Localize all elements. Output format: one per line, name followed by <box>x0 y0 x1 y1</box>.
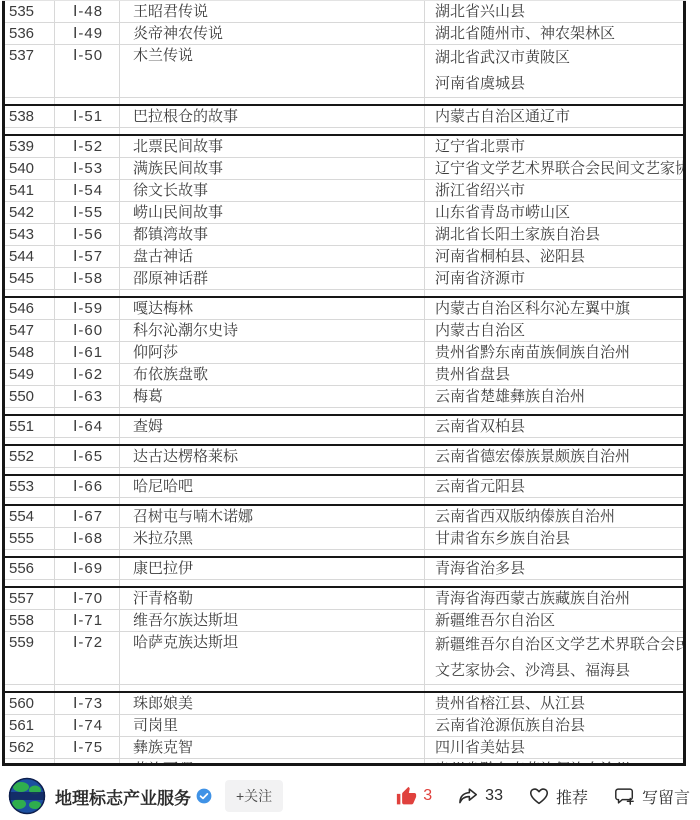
cell-code: Ⅰ-56 <box>55 224 120 245</box>
spacer-cell <box>5 438 55 444</box>
cell-seq: 546 <box>5 298 55 319</box>
spacer-cell <box>120 468 425 474</box>
cell-name: 嘎达梅林 <box>120 298 425 319</box>
cell-code: Ⅰ-76 <box>55 759 120 766</box>
cell-code: Ⅰ-72 <box>55 632 120 684</box>
cell-location: 云南省双柏县 <box>425 416 683 437</box>
cell-seq: 539 <box>5 136 55 157</box>
cell-name: 巴拉根仓的故事 <box>120 106 425 127</box>
cell-location: 青海省海西蒙古族藏族自治州 <box>425 588 683 609</box>
cell-location: 贵州省榕江县、从江县 <box>425 693 683 714</box>
location-line: 新疆维吾尔自治区文学艺术界联合会民间 <box>435 632 681 658</box>
cell-location: 贵州省黔东南苗族侗族自治州 <box>425 342 683 363</box>
table-row: 541Ⅰ-54徐文长故事浙江省绍兴市 <box>5 180 683 202</box>
location-line: 湖北省长阳土家族自治县 <box>435 224 681 245</box>
spacer-cell <box>120 498 425 504</box>
spacer-cell <box>5 550 55 556</box>
cell-name: 科尔沁潮尔史诗 <box>120 320 425 341</box>
cell-location: 山东省青岛市崂山区 <box>425 202 683 223</box>
table-row: 547Ⅰ-60科尔沁潮尔史诗内蒙古自治区 <box>5 320 683 342</box>
location-line: 辽宁省北票市 <box>435 136 681 157</box>
table-row: 560Ⅰ-73珠郎娘美贵州省榕江县、从江县 <box>5 693 683 715</box>
cell-location: 新疆维吾尔自治区文学艺术界联合会民间文艺家协会、沙湾县、福海县 <box>425 632 683 684</box>
table-segment: 553Ⅰ-66哈尼哈吧云南省元阳县 <box>2 476 686 506</box>
spacer-cell <box>120 580 425 586</box>
location-line: 云南省西双版纳傣族自治州 <box>435 506 681 527</box>
location-line: 贵州省盘县 <box>435 364 681 385</box>
spacer-cell <box>55 498 120 504</box>
spacer-cell <box>120 685 425 691</box>
location-line: 贵州省榕江县、从江县 <box>435 693 681 714</box>
comment-plus-icon <box>613 785 636 807</box>
cell-code: Ⅰ-51 <box>55 106 120 127</box>
cell-name: 都镇湾故事 <box>120 224 425 245</box>
spacer-cell <box>55 98 120 104</box>
cell-name: 查姆 <box>120 416 425 437</box>
table-segment: 552Ⅰ-65达古达楞格莱标云南省德宏傣族景颇族自治州 <box>2 446 686 476</box>
cell-location: 湖北省长阳土家族自治县 <box>425 224 683 245</box>
cell-seq: 552 <box>5 446 55 467</box>
like-button[interactable]: 3 <box>396 786 432 807</box>
cell-seq: 537 <box>5 45 55 97</box>
spacer-cell <box>55 128 120 134</box>
table-row: 544Ⅰ-57盘古神话河南省桐柏县、泌阳县 <box>5 246 683 268</box>
segment-spacer <box>5 498 683 504</box>
spacer-cell <box>5 98 55 104</box>
cell-seq: 559 <box>5 632 55 684</box>
spacer-cell <box>5 685 55 691</box>
table-row: 552Ⅰ-65达古达楞格莱标云南省德宏傣族景颇族自治州 <box>5 446 683 468</box>
spacer-cell <box>5 468 55 474</box>
comment-label: 写留言 <box>642 785 690 808</box>
spacer-cell <box>5 128 55 134</box>
spacer-cell <box>5 580 55 586</box>
table-segment: 557Ⅰ-70汗青格勒青海省海西蒙古族藏族自治州558Ⅰ-71维吾尔族达斯坦新疆… <box>2 588 686 693</box>
cell-name: 珠郎娘美 <box>120 693 425 714</box>
cell-seq: 557 <box>5 588 55 609</box>
table-row: 558Ⅰ-71维吾尔族达斯坦新疆维吾尔自治区 <box>5 610 683 632</box>
cell-name: 哈尼哈吧 <box>120 476 425 497</box>
cell-location: 贵州省黔东南苗族侗族自治州 <box>425 759 683 766</box>
segment-spacer <box>5 468 683 474</box>
cell-seq: 548 <box>5 342 55 363</box>
cell-name: 梅葛 <box>120 386 425 407</box>
cell-seq: 556 <box>5 558 55 579</box>
segment-spacer <box>5 290 683 296</box>
cell-seq: 542 <box>5 202 55 223</box>
table-row: 537Ⅰ-50木兰传说湖北省武汉市黄陂区河南省虞城县 <box>5 45 683 98</box>
recommend-label: 推荐 <box>556 785 588 808</box>
cell-name: 北票民间故事 <box>120 136 425 157</box>
spacer-cell <box>55 580 120 586</box>
cell-location: 湖北省兴山县 <box>425 1 683 22</box>
cell-seq: 553 <box>5 476 55 497</box>
cell-code: Ⅰ-54 <box>55 180 120 201</box>
table-row: 562Ⅰ-75彝族克智四川省美姑县 <box>5 737 683 759</box>
cell-location: 内蒙古自治区通辽市 <box>425 106 683 127</box>
cell-name: 邵原神话群 <box>120 268 425 289</box>
table-row: 559Ⅰ-72哈萨克族达斯坦新疆维吾尔自治区文学艺术界联合会民间文艺家协会、沙湾… <box>5 632 683 685</box>
cell-location: 辽宁省北票市 <box>425 136 683 157</box>
cell-seq: 558 <box>5 610 55 631</box>
table-row: 550Ⅰ-63梅葛云南省楚雄彝族自治州 <box>5 386 683 408</box>
cell-name: 仰阿莎 <box>120 342 425 363</box>
table-row: 540Ⅰ-53满族民间故事辽宁省文学艺术界联合会民间文艺家协会 <box>5 158 683 180</box>
share-arrow-icon <box>457 785 479 807</box>
publisher-area: 地理标志产业服务 +关注 <box>8 777 283 815</box>
spacer-cell <box>120 128 425 134</box>
spacer-cell <box>425 408 683 414</box>
cell-location: 云南省德宏傣族景颇族自治州 <box>425 446 683 467</box>
spacer-cell <box>425 580 683 586</box>
follow-button[interactable]: +关注 <box>225 780 283 812</box>
cell-seq: 536 <box>5 23 55 44</box>
table-row: 553Ⅰ-66哈尼哈吧云南省元阳县 <box>5 476 683 498</box>
cell-location: 浙江省绍兴市 <box>425 180 683 201</box>
cell-seq: 555 <box>5 528 55 549</box>
cell-seq: 543 <box>5 224 55 245</box>
cell-name: 维吾尔族达斯坦 <box>120 610 425 631</box>
cell-name: 布依族盘歌 <box>120 364 425 385</box>
location-line: 湖北省随州市、神农架林区 <box>435 23 681 44</box>
location-line: 河南省桐柏县、泌阳县 <box>435 246 681 267</box>
spacer-cell <box>425 498 683 504</box>
table-row: 556Ⅰ-69康巴拉伊青海省治多县 <box>5 558 683 580</box>
cell-name: 达古达楞格莱标 <box>120 446 425 467</box>
spacer-cell <box>55 550 120 556</box>
location-line: 辽宁省文学艺术界联合会民间文艺家协会 <box>435 158 681 179</box>
cell-code: Ⅰ-64 <box>55 416 120 437</box>
cell-seq: 545 <box>5 268 55 289</box>
table-row: 555Ⅰ-68米拉尕黑甘肃省东乡族自治县 <box>5 528 683 550</box>
cell-location: 云南省元阳县 <box>425 476 683 497</box>
like-count: 3 <box>423 787 432 805</box>
table-segment: 539Ⅰ-52北票民间故事辽宁省北票市540Ⅰ-53满族民间故事辽宁省文学艺术界… <box>2 136 686 298</box>
cell-name: 徐文长故事 <box>120 180 425 201</box>
cell-location: 河南省桐柏县、泌阳县 <box>425 246 683 267</box>
table-row: 551Ⅰ-64查姆云南省双柏县 <box>5 416 683 438</box>
location-line: 云南省楚雄彝族自治州 <box>435 386 681 407</box>
spacer-cell <box>120 550 425 556</box>
spacer-cell <box>120 438 425 444</box>
table-row: 557Ⅰ-70汗青格勒青海省海西蒙古族藏族自治州 <box>5 588 683 610</box>
cell-location: 河南省济源市 <box>425 268 683 289</box>
location-line: 浙江省绍兴市 <box>435 180 681 201</box>
share-button[interactable]: 33 <box>457 785 503 807</box>
location-line: 文艺家协会、沙湾县、福海县 <box>435 658 681 684</box>
table-row: 543Ⅰ-56都镇湾故事湖北省长阳土家族自治县 <box>5 224 683 246</box>
location-line: 云南省沧源佤族自治县 <box>435 715 681 736</box>
cell-code: Ⅰ-65 <box>55 446 120 467</box>
table-segment: 556Ⅰ-69康巴拉伊青海省治多县 <box>2 558 686 588</box>
cell-name: 王昭君传说 <box>120 1 425 22</box>
table-segment: 546Ⅰ-59嘎达梅林内蒙古自治区科尔沁左翼中旗547Ⅰ-60科尔沁潮尔史诗内蒙… <box>2 298 686 416</box>
location-line: 贵州省黔东南苗族侗族自治州 <box>435 342 681 363</box>
cell-location: 贵州省盘县 <box>425 364 683 385</box>
cell-code: Ⅰ-62 <box>55 364 120 385</box>
cell-seq: 550 <box>5 386 55 407</box>
cell-code: Ⅰ-48 <box>55 1 120 22</box>
cell-name: 崂山民间故事 <box>120 202 425 223</box>
cell-code: Ⅰ-58 <box>55 268 120 289</box>
thumb-up-icon <box>396 786 417 807</box>
cell-seq: 554 <box>5 506 55 527</box>
footer-bar: 地理标志产业服务 +关注 3 33 <box>0 774 700 818</box>
cell-code: Ⅰ-69 <box>55 558 120 579</box>
segment-spacer <box>5 580 683 586</box>
table-row: 554Ⅰ-67召树屯与喃木诺娜云南省西双版纳傣族自治州 <box>5 506 683 528</box>
cell-name: 彝族克智 <box>120 737 425 758</box>
spacer-cell <box>55 408 120 414</box>
location-line: 贵州省黔东南苗族侗族自治州 <box>435 759 681 766</box>
spacer-cell <box>5 498 55 504</box>
table-row: 539Ⅰ-52北票民间故事辽宁省北票市 <box>5 136 683 158</box>
cell-name: 汗青格勒 <box>120 588 425 609</box>
cell-location: 云南省楚雄彝族自治州 <box>425 386 683 407</box>
cell-seq: 538 <box>5 106 55 127</box>
spacer-cell <box>55 438 120 444</box>
cell-seq: 562 <box>5 737 55 758</box>
verified-badge-icon <box>196 788 212 804</box>
segment-spacer <box>5 438 683 444</box>
cell-seq: 549 <box>5 364 55 385</box>
location-line: 河南省虞城县 <box>435 71 681 97</box>
spacer-cell <box>55 685 120 691</box>
actions-area: 3 33 推荐 写留言 <box>396 785 690 808</box>
location-line: 四川省美姑县 <box>435 737 681 758</box>
cell-name: 炎帝神农传说 <box>120 23 425 44</box>
location-line: 云南省元阳县 <box>435 476 681 497</box>
globe-avatar[interactable] <box>8 777 46 815</box>
cell-seq: 551 <box>5 416 55 437</box>
cell-code: Ⅰ-63 <box>55 386 120 407</box>
cell-name: 米拉尕黑 <box>120 528 425 549</box>
spacer-cell <box>5 290 55 296</box>
cell-code: Ⅰ-67 <box>55 506 120 527</box>
location-line: 新疆维吾尔自治区 <box>435 610 681 631</box>
table-row: 535Ⅰ-48王昭君传说湖北省兴山县 <box>5 1 683 23</box>
table-segment: 560Ⅰ-73珠郎娘美贵州省榕江县、从江县561Ⅰ-74司岗里云南省沧源佤族自治… <box>2 693 686 766</box>
spacer-cell <box>425 290 683 296</box>
cell-location: 内蒙古自治区科尔沁左翼中旗 <box>425 298 683 319</box>
spacer-cell <box>5 408 55 414</box>
cell-location: 四川省美姑县 <box>425 737 683 758</box>
cell-name: 木兰传说 <box>120 45 425 97</box>
cell-code: Ⅰ-71 <box>55 610 120 631</box>
cell-code: Ⅰ-55 <box>55 202 120 223</box>
comment-button[interactable]: 写留言 <box>613 785 690 808</box>
location-line: 湖北省武汉市黄陂区 <box>435 45 681 71</box>
cell-location: 湖北省随州市、神农架林区 <box>425 23 683 44</box>
spacer-cell <box>120 98 425 104</box>
cell-location: 云南省西双版纳傣族自治州 <box>425 506 683 527</box>
table-row: 546Ⅰ-59嘎达梅林内蒙古自治区科尔沁左翼中旗 <box>5 298 683 320</box>
cell-name: 哈萨克族达斯坦 <box>120 632 425 684</box>
cell-code: Ⅰ-49 <box>55 23 120 44</box>
spacer-cell <box>55 290 120 296</box>
table-row: 542Ⅰ-55崂山民间故事山东省青岛市崂山区 <box>5 202 683 224</box>
spacer-cell <box>425 685 683 691</box>
table-segment: 538Ⅰ-51巴拉根仓的故事内蒙古自治区通辽市 <box>2 106 686 136</box>
cell-code: Ⅰ-52 <box>55 136 120 157</box>
table-segment: 535Ⅰ-48王昭君传说湖北省兴山县536Ⅰ-49炎帝神农传说湖北省随州市、神农… <box>2 1 686 106</box>
location-line: 云南省德宏傣族景颇族自治州 <box>435 446 681 467</box>
cell-seq: 560 <box>5 693 55 714</box>
spacer-cell <box>425 128 683 134</box>
cell-name: 满族民间故事 <box>120 158 425 179</box>
location-line: 湖北省兴山县 <box>435 1 681 22</box>
cell-code: Ⅰ-59 <box>55 298 120 319</box>
cell-name: 召树屯与喃木诺娜 <box>120 506 425 527</box>
cell-location: 内蒙古自治区 <box>425 320 683 341</box>
cell-seq: 535 <box>5 1 55 22</box>
location-line: 内蒙古自治区通辽市 <box>435 106 681 127</box>
cell-location: 湖北省武汉市黄陂区河南省虞城县 <box>425 45 683 97</box>
cell-name: 盘古神话 <box>120 246 425 267</box>
heart-icon <box>528 785 550 807</box>
location-line: 内蒙古自治区 <box>435 320 681 341</box>
cell-location: 新疆维吾尔自治区 <box>425 610 683 631</box>
table-row: 548Ⅰ-61仰阿莎贵州省黔东南苗族侗族自治州 <box>5 342 683 364</box>
cell-code: Ⅰ-68 <box>55 528 120 549</box>
cell-seq: 544 <box>5 246 55 267</box>
table-row: 549Ⅰ-62布依族盘歌贵州省盘县 <box>5 364 683 386</box>
cell-location: 甘肃省东乡族自治县 <box>425 528 683 549</box>
spacer-cell <box>425 98 683 104</box>
spacer-cell <box>120 408 425 414</box>
table-row: 561Ⅰ-74司岗里云南省沧源佤族自治县 <box>5 715 683 737</box>
cell-seq: 540 <box>5 158 55 179</box>
cell-code: Ⅰ-73 <box>55 693 120 714</box>
publisher-name[interactable]: 地理标志产业服务 <box>55 784 191 809</box>
location-line: 甘肃省东乡族自治县 <box>435 528 681 549</box>
spacer-cell <box>120 290 425 296</box>
spacer-cell <box>425 468 683 474</box>
recommend-button[interactable]: 推荐 <box>528 785 588 808</box>
cell-code: Ⅰ-57 <box>55 246 120 267</box>
location-line: 青海省治多县 <box>435 558 681 579</box>
cell-seq: 541 <box>5 180 55 201</box>
location-line: 河南省济源市 <box>435 268 681 289</box>
table-row: 563Ⅰ-76苗族贾理贵州省黔东南苗族侗族自治州 <box>5 759 683 766</box>
segment-spacer <box>5 685 683 691</box>
segment-spacer <box>5 98 683 104</box>
table-segment: 551Ⅰ-64查姆云南省双柏县 <box>2 416 686 446</box>
segment-spacer <box>5 550 683 556</box>
table-row: 536Ⅰ-49炎帝神农传说湖北省随州市、神农架林区 <box>5 23 683 45</box>
cell-seq: 561 <box>5 715 55 736</box>
cell-code: Ⅰ-53 <box>55 158 120 179</box>
cell-code: Ⅰ-74 <box>55 715 120 736</box>
cell-seq: 563 <box>5 759 55 766</box>
cell-location: 辽宁省文学艺术界联合会民间文艺家协会 <box>425 158 683 179</box>
table-segment: 554Ⅰ-67召树屯与喃木诺娜云南省西双版纳傣族自治州555Ⅰ-68米拉尕黑甘肃… <box>2 506 686 558</box>
cell-code: Ⅰ-50 <box>55 45 120 97</box>
segment-spacer <box>5 408 683 414</box>
cell-name: 司岗里 <box>120 715 425 736</box>
cell-location: 青海省治多县 <box>425 558 683 579</box>
segment-spacer <box>5 128 683 134</box>
cell-seq: 547 <box>5 320 55 341</box>
cell-code: Ⅰ-70 <box>55 588 120 609</box>
table-row: 545Ⅰ-58邵原神话群河南省济源市 <box>5 268 683 290</box>
spacer-cell <box>425 438 683 444</box>
table-row: 538Ⅰ-51巴拉根仓的故事内蒙古自治区通辽市 <box>5 106 683 128</box>
spacer-cell <box>425 550 683 556</box>
cell-code: Ⅰ-66 <box>55 476 120 497</box>
location-line: 青海省海西蒙古族藏族自治州 <box>435 588 681 609</box>
heritage-table: 535Ⅰ-48王昭君传说湖北省兴山县536Ⅰ-49炎帝神农传说湖北省随州市、神农… <box>2 0 686 766</box>
cell-name: 康巴拉伊 <box>120 558 425 579</box>
location-line: 山东省青岛市崂山区 <box>435 202 681 223</box>
spacer-cell <box>55 468 120 474</box>
cell-code: Ⅰ-61 <box>55 342 120 363</box>
cell-code: Ⅰ-75 <box>55 737 120 758</box>
location-line: 云南省双柏县 <box>435 416 681 437</box>
cell-location: 云南省沧源佤族自治县 <box>425 715 683 736</box>
cell-name: 苗族贾理 <box>120 759 425 766</box>
share-count: 33 <box>485 787 503 805</box>
location-line: 内蒙古自治区科尔沁左翼中旗 <box>435 298 681 319</box>
cell-code: Ⅰ-60 <box>55 320 120 341</box>
